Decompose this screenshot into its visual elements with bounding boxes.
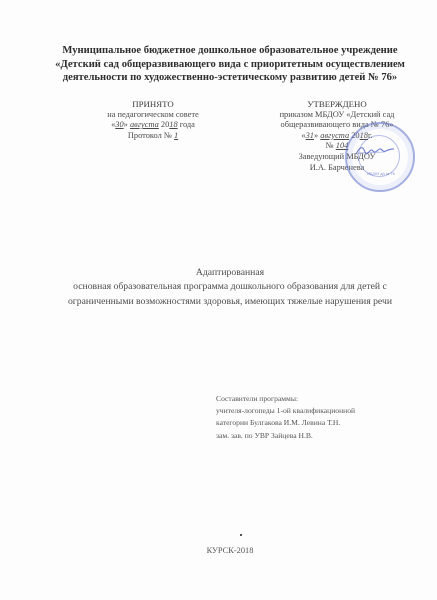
accepted-title: ПРИНЯТО <box>88 99 218 110</box>
signature-icon <box>355 144 395 156</box>
official-stamp-icon: МБДОУ д/с № 76 <box>345 122 415 192</box>
city-year: КУРСК-2018 <box>180 546 280 555</box>
accepted-council: на педагогическом совете <box>88 110 218 121</box>
accepted-protocol: Протокол № 1 <box>88 131 218 142</box>
program-title-line-3: ограниченными возможностями здоровья, им… <box>30 295 430 309</box>
institution-header: Муниципальное бюджетное дошкольное образ… <box>40 44 420 85</box>
authors-label: Составители программы: <box>216 393 355 405</box>
accepted-date: «30» августа 2018 года <box>88 120 218 131</box>
program-title: Адаптированная основная образовательная … <box>30 266 430 309</box>
scan-speck <box>240 534 242 536</box>
header-line-3: деятельности по художественно-эстетическ… <box>40 71 420 85</box>
program-title-line-1: Адаптированная <box>30 266 430 280</box>
authors-line-1: учителя-логопеды 1-ой квалификационной <box>216 405 355 417</box>
authors-line-2: категории Булгакова И.М. Левина Т.Н. <box>216 417 355 429</box>
header-line-1: Муниципальное бюджетное дошкольное образ… <box>40 44 420 58</box>
program-title-line-2: основная образовательная программа дошко… <box>30 280 430 294</box>
header-line-2: «Детский сад общеразвивающего вида с при… <box>40 58 420 72</box>
approved-title: УТВЕРЖДЕНО <box>262 99 412 110</box>
document-page: Муниципальное бюджетное дошкольное образ… <box>0 0 437 600</box>
stamp-text: МБДОУ д/с № 76 <box>353 172 409 176</box>
accepted-block: ПРИНЯТО на педагогическом совете «30» ав… <box>88 99 218 141</box>
authors-line-3: зам. зав. по УВР Зайцева Н.В. <box>216 430 355 442</box>
stamp-inner-ring <box>358 135 400 177</box>
approved-order-line-1: приказом МБДОУ «Детский сад <box>262 110 412 121</box>
authors-block: Составители программы: учителя-логопеды … <box>216 393 355 442</box>
